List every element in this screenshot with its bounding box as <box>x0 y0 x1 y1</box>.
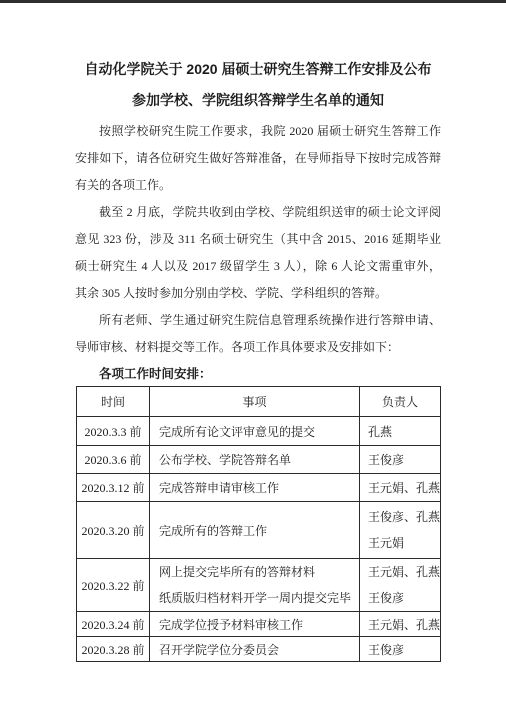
paragraph-line: 导师审核、材料提交等工作。各项工作具体要求及安排如下： <box>75 334 441 361</box>
paragraph-line: 硕士研究生 4 人以及 2017 级留学生 3 人），除 6 人论文需重审外， <box>75 253 441 280</box>
paragraph-1: 按照学校研究生院工作要求，我院 2020 届硕士研究生答辩工作 安排如下，请各位… <box>75 118 441 199</box>
header-cell-time: 时间 <box>77 387 150 417</box>
cell-person: 王俊彦 <box>360 637 441 662</box>
cell-person-line: 王俊彦、孔燕 <box>368 504 440 530</box>
document-page: 自动化学院关于 2020 届硕士研究生答辩工作安排及公布 参加学校、学院组织答辩… <box>0 0 506 715</box>
table-row: 2020.3.22 前 网上提交完毕所有的答辩材料 纸质版归档材料开学一周内提交… <box>77 559 441 612</box>
table-row: 2020.3.12 前 完成答辩申请审核工作 王元娟、孔燕 <box>77 474 441 502</box>
header-cell-item: 事项 <box>150 387 360 417</box>
header-cell-person: 负责人 <box>360 387 441 417</box>
cell-time: 2020.3.6 前 <box>77 446 150 474</box>
cell-item-line: 网上提交完毕所有的答辩材料 <box>159 559 359 585</box>
cell-person: 王元娟、孔燕 <box>360 612 441 637</box>
schedule-heading: 各项工作时间安排： <box>75 365 441 384</box>
cell-person: 王元娟、孔燕 王俊彦 <box>360 559 441 612</box>
cell-person: 王元娟、孔燕 <box>360 474 441 502</box>
cell-time: 2020.3.24 前 <box>77 612 150 637</box>
paragraph-line: 截至 2 月底，学院共收到由学校、学院组织送审的硕士论文评阅 <box>75 199 441 226</box>
cell-item: 完成所有的答辩工作 <box>150 502 360 559</box>
paragraph-line: 有关的各项工作。 <box>75 172 441 199</box>
doc-title-line-2: 参加学校、学院组织答辩学生名单的通知 <box>75 85 441 116</box>
paragraph-2: 截至 2 月底，学院共收到由学校、学院组织送审的硕士论文评阅 意见 323 份，… <box>75 199 441 307</box>
cell-person: 王俊彦、孔燕 王元娟 <box>360 502 441 559</box>
cell-time: 2020.3.3 前 <box>77 417 150 446</box>
document-body: 自动化学院关于 2020 届硕士研究生答辩工作安排及公布 参加学校、学院组织答辩… <box>75 54 441 662</box>
cell-item: 公布学校、学院答辩名单 <box>150 446 360 474</box>
cell-item: 网上提交完毕所有的答辩材料 纸质版归档材料开学一周内提交完毕 <box>150 559 360 612</box>
doc-title: 自动化学院关于 2020 届硕士研究生答辩工作安排及公布 参加学校、学院组织答辩… <box>75 54 441 116</box>
table-row: 2020.3.20 前 完成所有的答辩工作 王俊彦、孔燕 王元娟 <box>77 502 441 559</box>
table-row: 2020.3.24 前 完成学位授予材料审核工作 王元娟、孔燕 <box>77 612 441 637</box>
cell-item: 完成所有论文评审意见的提交 <box>150 417 360 446</box>
paragraph-line: 安排如下，请各位研究生做好答辩准备，在导师指导下按时完成答辩 <box>75 145 441 172</box>
cell-time: 2020.3.28 前 <box>77 637 150 662</box>
cell-time: 2020.3.20 前 <box>77 502 150 559</box>
cell-item: 完成答辩申请审核工作 <box>150 474 360 502</box>
doc-title-line-1: 自动化学院关于 2020 届硕士研究生答辩工作安排及公布 <box>75 54 441 85</box>
page-top-edge <box>0 0 506 3</box>
table-header-row: 时间 事项 负责人 <box>77 387 441 417</box>
schedule-table: 时间 事项 负责人 2020.3.3 前 完成所有论文评审意见的提交 孔燕 20… <box>76 386 441 662</box>
paragraph-line: 所有老师、学生通过研究生院信息管理系统操作进行答辩申请、 <box>75 307 441 334</box>
cell-time: 2020.3.12 前 <box>77 474 150 502</box>
paragraph-3: 所有老师、学生通过研究生院信息管理系统操作进行答辩申请、 导师审核、材料提交等工… <box>75 307 441 361</box>
table-row: 2020.3.3 前 完成所有论文评审意见的提交 孔燕 <box>77 417 441 446</box>
table-row: 2020.3.28 前 召开学院学位分委员会 王俊彦 <box>77 637 441 662</box>
paragraph-line: 其余 305 人按时参加分别由学校、学院、学科组织的答辩。 <box>75 280 441 307</box>
cell-person-line: 王元娟 <box>368 530 440 556</box>
cell-time: 2020.3.22 前 <box>77 559 150 612</box>
paragraph-line: 意见 323 份，涉及 311 名硕士研究生（其中含 2015、2016 延期毕… <box>75 226 441 253</box>
cell-item-line: 纸质版归档材料开学一周内提交完毕 <box>159 585 359 611</box>
cell-person: 王俊彦 <box>360 446 441 474</box>
body-paragraphs: 按照学校研究生院工作要求，我院 2020 届硕士研究生答辩工作 安排如下，请各位… <box>75 118 441 361</box>
cell-item: 完成学位授予材料审核工作 <box>150 612 360 637</box>
cell-item: 召开学院学位分委员会 <box>150 637 360 662</box>
cell-person: 孔燕 <box>360 417 441 446</box>
cell-person-line: 王俊彦 <box>368 585 440 611</box>
paragraph-line: 按照学校研究生院工作要求，我院 2020 届硕士研究生答辩工作 <box>75 118 441 145</box>
table-row: 2020.3.6 前 公布学校、学院答辩名单 王俊彦 <box>77 446 441 474</box>
cell-person-line: 王元娟、孔燕 <box>368 559 440 585</box>
